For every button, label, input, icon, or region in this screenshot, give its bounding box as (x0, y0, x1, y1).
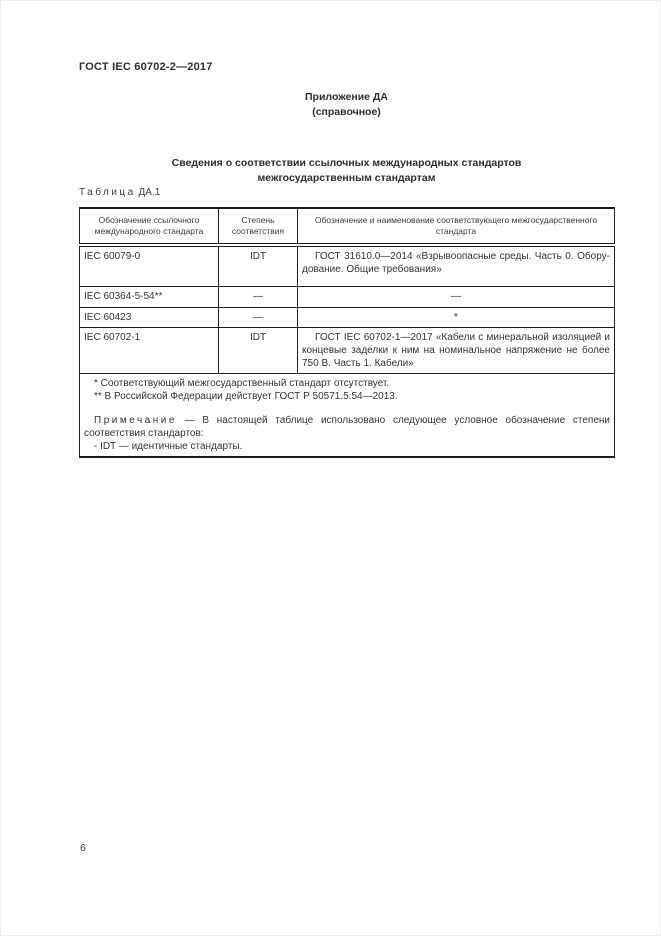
match-standard-cell: — (298, 287, 615, 308)
footnote-1: * Соответствующий межгосударственный ста… (84, 377, 610, 390)
document-page: ГОСТ IEC 60702-2—2017 Приложение ДА (спр… (0, 0, 661, 936)
ref-standard-cell: IEC 60423 (80, 308, 219, 328)
table-row: IEC 60423 — * (80, 308, 615, 328)
table-footnote-row: * Соответствующий межгосударственный ста… (80, 374, 615, 458)
correspondence-table: Обозначение ссылочного международного ст… (79, 207, 615, 458)
section-title-line1: Сведения о соответствии ссылочных междун… (79, 156, 614, 171)
doc-code: ГОСТ IEC 60702-2—2017 (79, 61, 213, 73)
degree-cell: — (219, 308, 298, 328)
table-row: IEC 60702-1 IDT ГОСТ IEC 60702-1—2017 «К… (80, 328, 615, 374)
table-header-row: Обозначение ссылочного международного ст… (80, 208, 615, 245)
note-label: Примечание (94, 415, 177, 426)
match-standard-cell: ГОСТ 31610.0—2014 «Взрывоопасные среды. … (298, 245, 615, 287)
annex-type: (справочное) (79, 105, 614, 120)
table-row: IEC 60364-5-54** — — (80, 287, 615, 308)
ref-standard-cell: IEC 60079-0 (80, 245, 219, 287)
annex-label: Приложение ДА (79, 90, 614, 105)
ref-standard-cell: IEC 60364-5-54** (80, 287, 219, 308)
header-match-standard: Обозначение и наименование соответствующ… (298, 208, 615, 245)
footnote-2: ** В Российской Федерации действует ГОСТ… (84, 390, 610, 403)
degree-cell: IDT (219, 245, 298, 287)
match-standard-cell: ГОСТ IEC 60702-1—2017 «Кабели с минераль… (298, 328, 615, 374)
section-title-line2: межгосударственным стандартам (79, 171, 614, 186)
degree-cell: — (219, 287, 298, 308)
table-caption-number: ДА.1 (139, 187, 161, 198)
table-note: Примечание — В настоящей таблице использ… (84, 414, 610, 440)
header-degree: Степень соответствия (219, 208, 298, 245)
ref-standard-cell: IEC 60702-1 (80, 328, 219, 374)
section-title: Сведения о соответствии ссылочных междун… (79, 156, 614, 185)
page-number: 6 (80, 842, 86, 854)
table-caption-word: Таблица (79, 187, 136, 198)
note-item-idt: - IDT — идентичные стандарты. (84, 440, 610, 453)
degree-cell: IDT (219, 328, 298, 374)
table-row: IEC 60079-0 IDT ГОСТ 31610.0—2014 «Взрыв… (80, 245, 615, 287)
header-ref-standard: Обозначение ссылочного международного ст… (80, 208, 219, 245)
match-standard-cell: * (298, 308, 615, 328)
table-footnote-cell: * Соответствующий межгосударственный ста… (80, 374, 615, 458)
table-caption: Таблица ДА.1 (79, 187, 160, 198)
annex-heading: Приложение ДА (справочное) (79, 90, 614, 119)
